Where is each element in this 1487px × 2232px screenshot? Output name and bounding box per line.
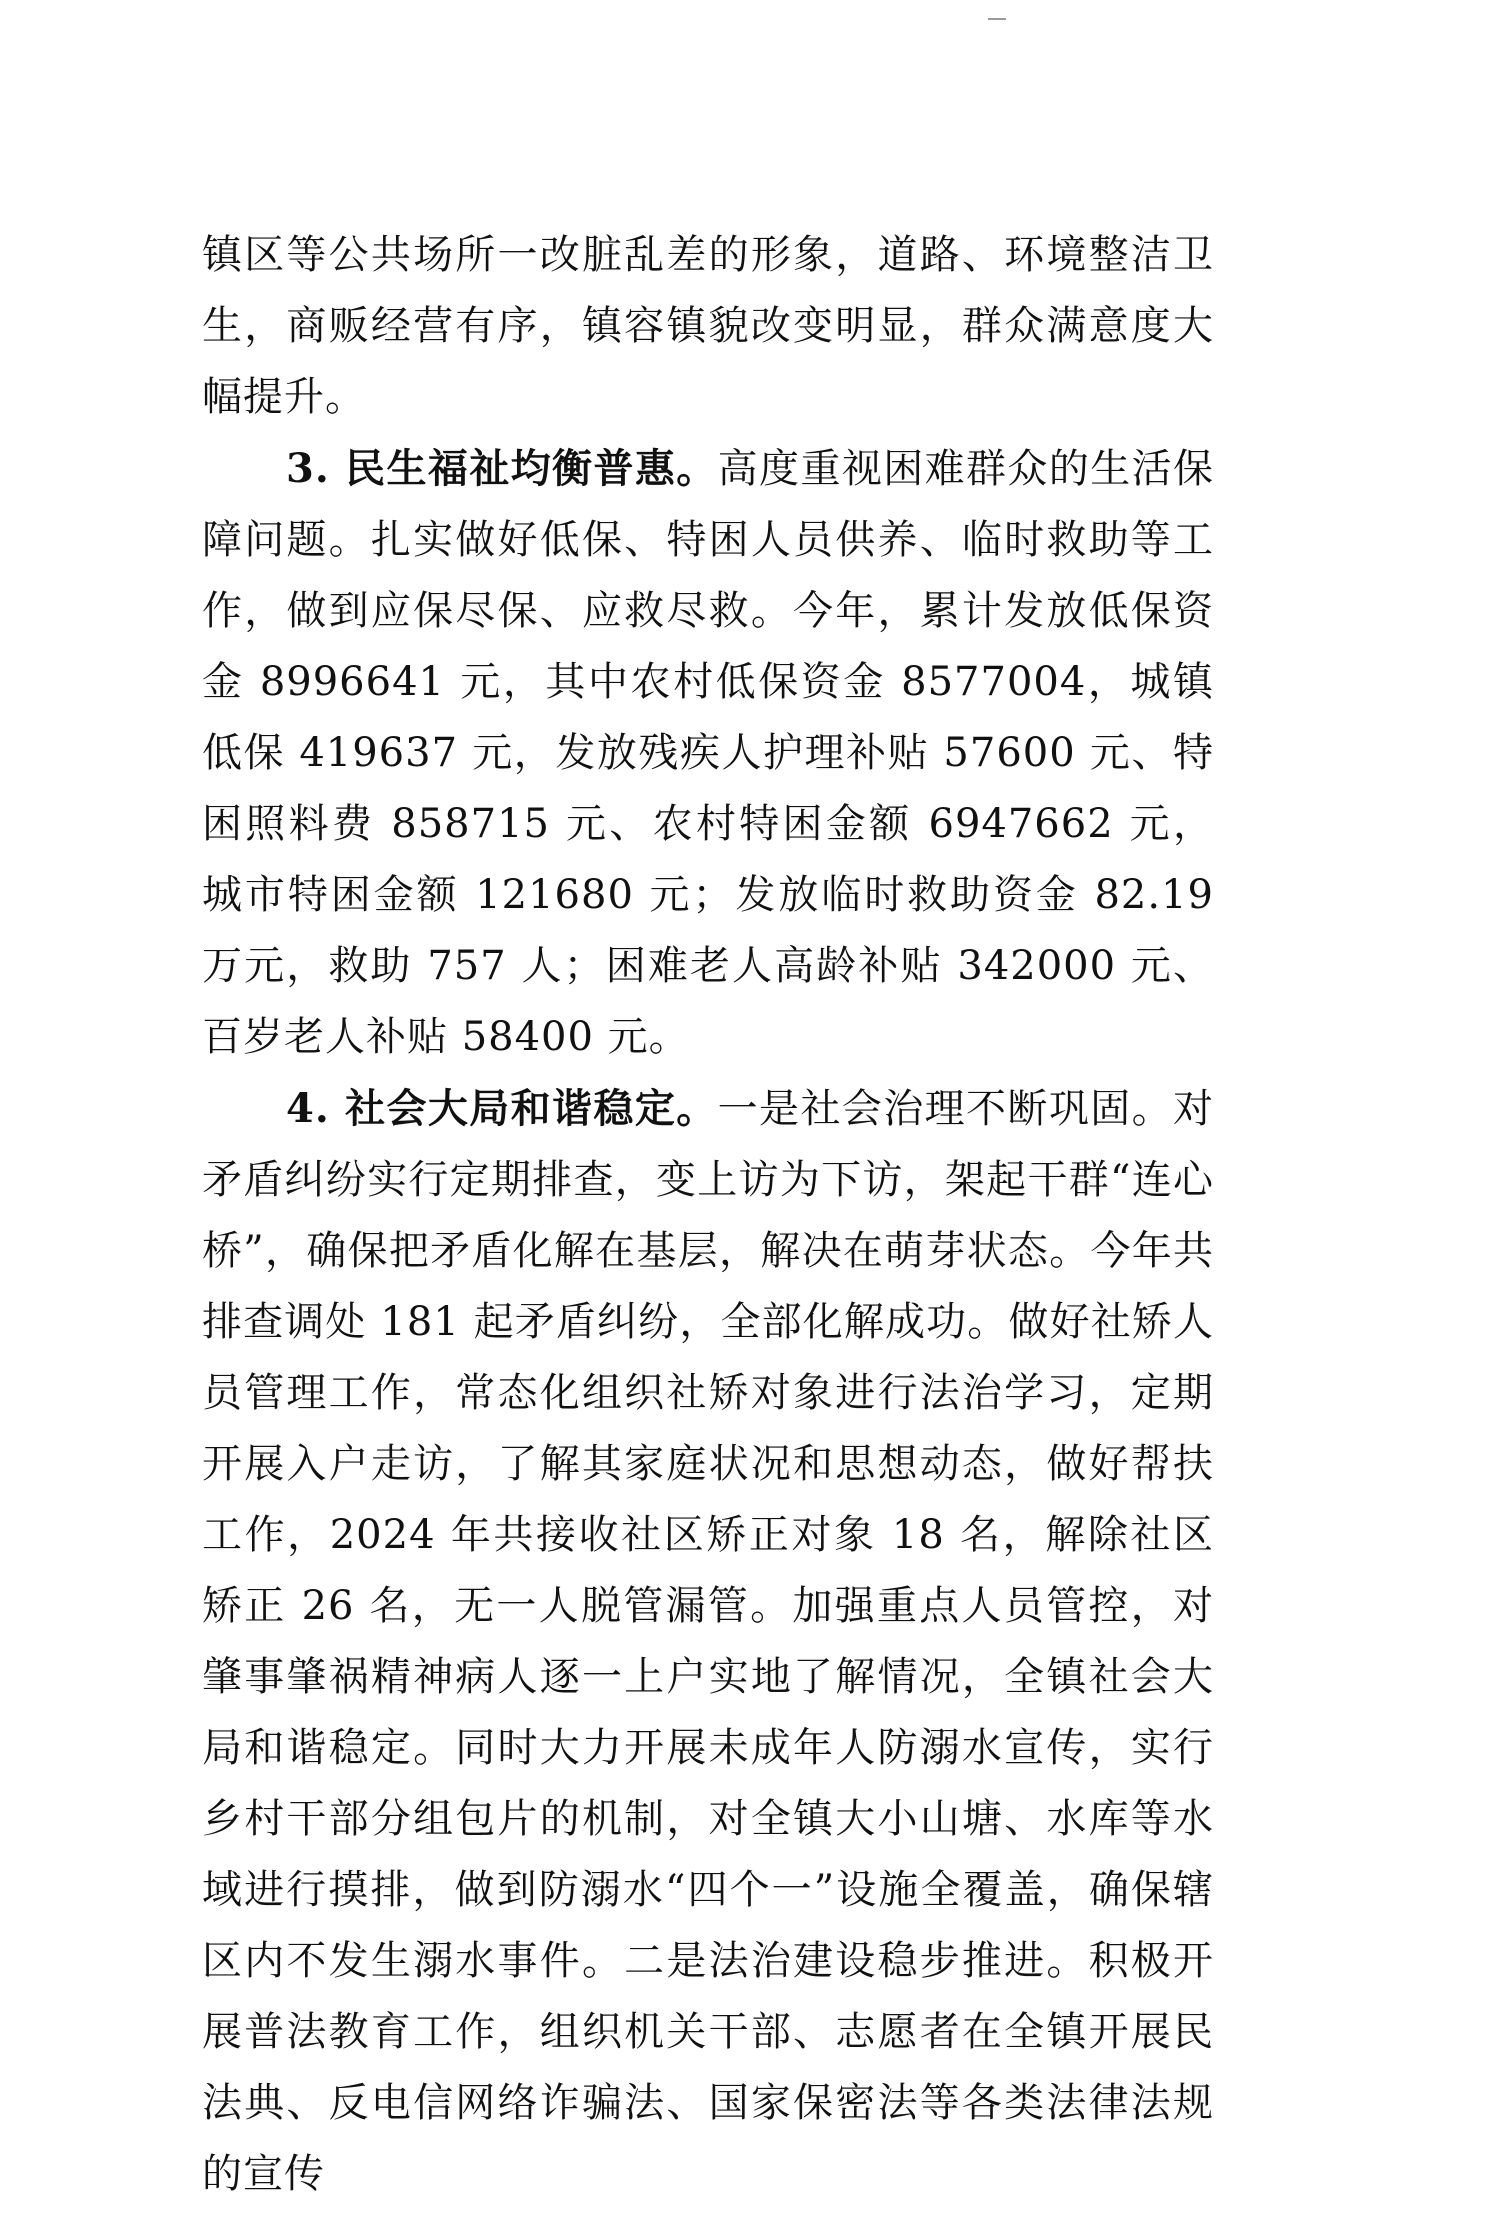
paragraph-body: 一是社会治理不断巩固。对矛盾纠纷实行定期排查，变上访为下访，架起干群“连心桥”，… <box>202 1086 1214 2197</box>
section-heading: 3. 民生福祉均衡普惠。 <box>286 445 718 492</box>
scan-artifact-mark <box>988 18 1006 20</box>
paragraph-continuation: 镇区等公共场所一改脏乱差的形象，道路、环境整洁卫生，商贩经营有序，镇容镇貌改变明… <box>202 220 1214 433</box>
document-page: 镇区等公共场所一改脏乱差的形象，道路、环境整洁卫生，商贩经营有序，镇容镇貌改变明… <box>202 220 1214 2210</box>
paragraph-section-3: 3. 民生福祉均衡普惠。高度重视困难群众的生活保障问题。扎实做好低保、特困人员供… <box>202 433 1214 1073</box>
section-heading: 4. 社会大局和谐稳定。 <box>286 1085 718 1132</box>
paragraph-section-4: 4. 社会大局和谐稳定。一是社会治理不断巩固。对矛盾纠纷实行定期排查，变上访为下… <box>202 1073 1214 2210</box>
paragraph-body: 高度重视困难群众的生活保障问题。扎实做好低保、特困人员供养、临时救助等工作，做到… <box>202 446 1214 1060</box>
paragraph-body: 镇区等公共场所一改脏乱差的形象，道路、环境整洁卫生，商贩经营有序，镇容镇貌改变明… <box>202 232 1214 420</box>
